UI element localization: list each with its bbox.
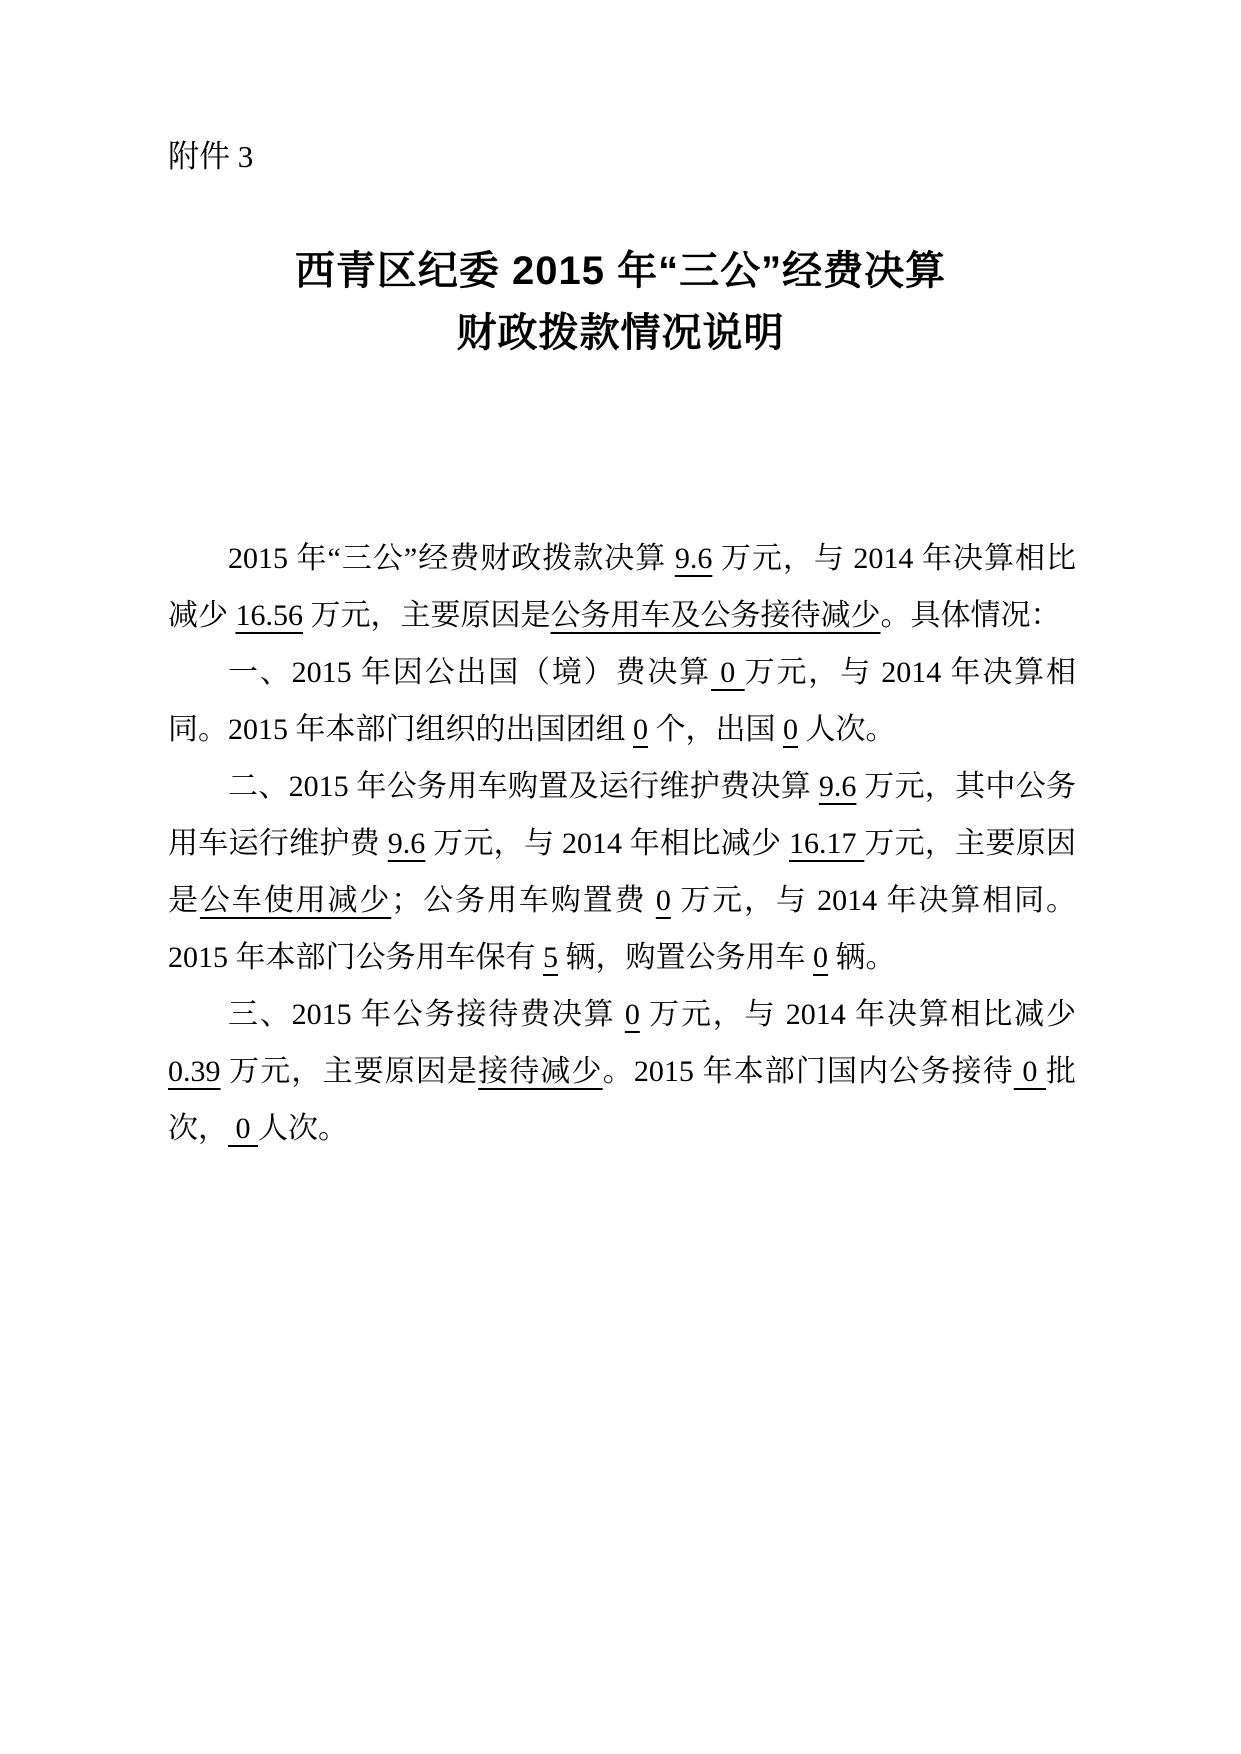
underlined-value: 0: [1014, 1055, 1046, 1088]
underlined-value: 0: [228, 1112, 258, 1145]
paragraph: 2015 年“三公”经费财政拨款决算 9.6 万元，与 2014 年决算相比减少…: [168, 530, 1076, 644]
underlined-value: 0: [625, 998, 640, 1031]
text-segment: ；公务用车购置费: [391, 884, 656, 917]
text-segment: 三、2015 年公务接待费决算: [228, 998, 625, 1031]
attachment-label: 附件 3: [168, 138, 253, 175]
paragraph: 二、2015 年公务用车购置及运行维护费决算 9.6 万元，其中公务用车运行维护…: [168, 758, 1076, 986]
underlined-value: 0: [813, 941, 828, 974]
underlined-value: 公车使用减少: [200, 884, 391, 917]
underlined-value: 9.6: [388, 827, 426, 860]
text-segment: 辆，购置公务用车: [558, 941, 813, 974]
underlined-value: 9.6: [675, 542, 713, 575]
underlined-value: 16.17: [789, 827, 864, 860]
underlined-value: 0: [711, 656, 745, 689]
text-segment: 。2015 年本部门国内公务接待: [603, 1055, 1014, 1088]
underlined-value: 0: [656, 884, 671, 917]
underlined-value: 0.39: [168, 1055, 221, 1088]
text-segment: 2015 年“三公”经费财政拨款决算: [228, 542, 675, 575]
text-segment: 万元，与 2014 年相比减少: [425, 827, 789, 860]
underlined-value: 0: [633, 713, 648, 746]
text-segment: 二、2015 年公务用车购置及运行维护费决算: [228, 770, 819, 803]
underlined-value: 接待减少: [478, 1055, 603, 1088]
underlined-value: 公务用车及公务接待减少: [551, 599, 881, 632]
paragraph: 三、2015 年公务接待费决算 0 万元，与 2014 年决算相比减少 0.39…: [168, 986, 1076, 1157]
paragraph: 一、2015 年因公出国（境）费决算 0 万元，与 2014 年决算相同。201…: [168, 644, 1076, 758]
underlined-value: 16.56: [236, 599, 304, 632]
text-segment: 人次。: [798, 713, 896, 746]
text-segment: 万元，主要原因是: [221, 1055, 479, 1088]
text-segment: 万元，主要原因是: [303, 599, 551, 632]
text-segment: 。具体情况：: [881, 599, 1061, 632]
document-title: 西青区纪委 2015 年“三公”经费决算 财政拨款情况说明: [0, 240, 1241, 364]
document-body: 2015 年“三公”经费财政拨款决算 9.6 万元，与 2014 年决算相比减少…: [168, 530, 1076, 1157]
document-title-line1: 西青区纪委 2015 年“三公”经费决算: [295, 249, 946, 293]
document-title-line2: 财政拨款情况说明: [457, 311, 785, 355]
text-segment: 一、2015 年因公出国（境）费决算: [228, 656, 711, 689]
text-segment: 辆。: [828, 941, 896, 974]
underlined-value: 5: [543, 941, 558, 974]
underlined-value: 0: [783, 713, 798, 746]
underlined-value: 9.6: [819, 770, 857, 803]
text-segment: 人次。: [258, 1112, 348, 1145]
text-segment: 个，出国: [648, 713, 783, 746]
document-page: 附件 3 西青区纪委 2015 年“三公”经费决算 财政拨款情况说明 2015 …: [0, 0, 1241, 1754]
text-segment: 万元，与 2014 年决算相比减少: [640, 998, 1076, 1031]
